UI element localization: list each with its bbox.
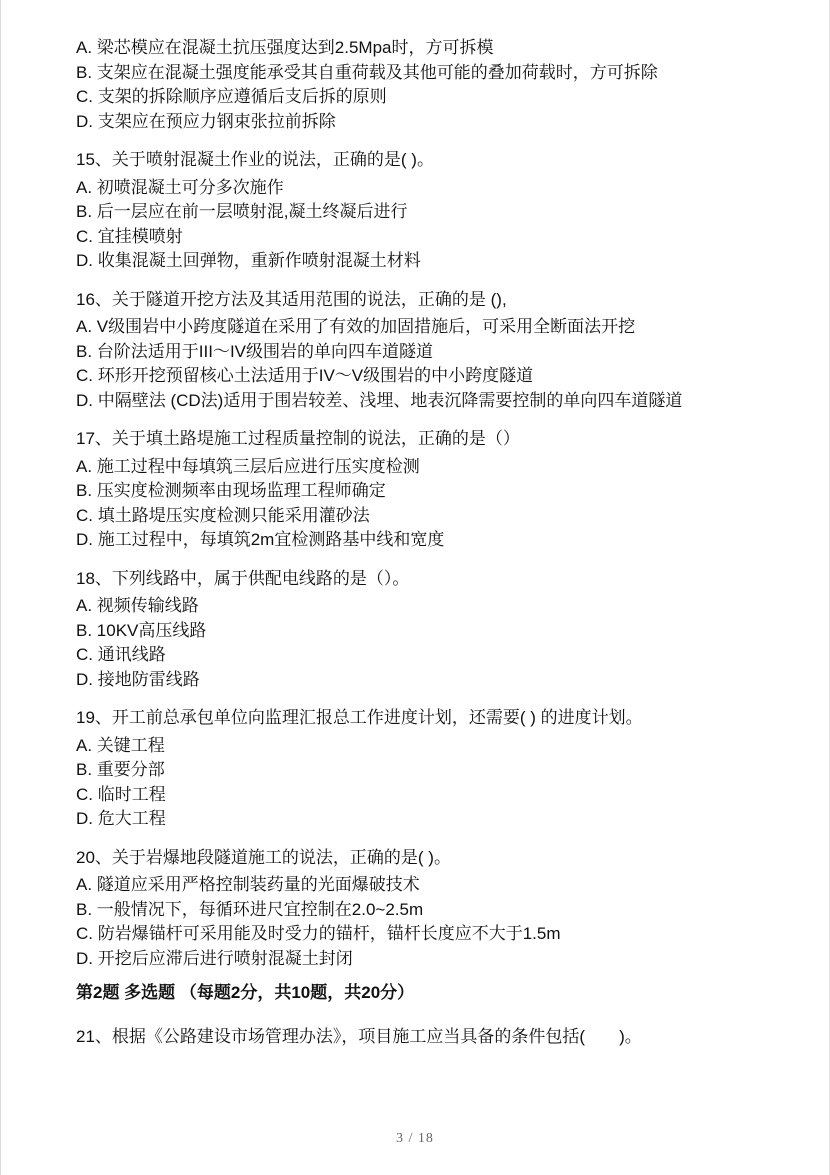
section-2-heading: 第2题 多选题 （每题2分，共10题，共20分）: [76, 981, 789, 1006]
question-option: C. 宜挂模喷射: [76, 225, 789, 250]
question-option: D. 接地防雷线路: [76, 668, 789, 693]
question-option: D. 危大工程: [76, 807, 789, 832]
page-number: 3 / 18: [1, 1131, 829, 1147]
question-19: 19、开工前总承包单位向监理汇报总工作进度计划，还需要( ) 的进度计划。 A.…: [76, 706, 789, 832]
question-option: B. 后一层应在前一层喷射混,凝土终凝后进行: [76, 200, 789, 225]
question-option: B. 台阶法适用于III～IV级围岩的单向四车道隧道: [76, 340, 789, 365]
question-option: D. 开挖后应滞后进行喷射混凝土封闭: [76, 947, 789, 972]
question-option: D. 收集混凝土回弹物，重新作喷射混凝土材料: [76, 249, 789, 274]
question-14-options-continued: A. 梁芯模应在混凝土抗压强度达到2.5Mpa时，方可拆模 B. 支架应在混凝土…: [76, 36, 789, 134]
question-option: A. 初喷混凝土可分多次施作: [76, 176, 789, 201]
question-option: B. 10KV高压线路: [76, 619, 789, 644]
question-option: B. 压实度检测频率由现场监理工程师确定: [76, 479, 789, 504]
question-stem: 16、关于隧道开挖方法及其适用范围的说法，正确的是 (),: [76, 288, 789, 313]
question-option: A. 梁芯模应在混凝土抗压强度达到2.5Mpa时，方可拆模: [76, 36, 789, 61]
exam-document-page: A. 梁芯模应在混凝土抗压强度达到2.5Mpa时，方可拆模 B. 支架应在混凝土…: [0, 0, 830, 1175]
question-option: C. 防岩爆锚杆可采用能及时受力的锚杆，锚杆长度应不大于1.5m: [76, 922, 789, 947]
question-15: 15、关于喷射混凝土作业的说法，正确的是( )。 A. 初喷混凝土可分多次施作 …: [76, 148, 789, 274]
question-16: 16、关于隧道开挖方法及其适用范围的说法，正确的是 (), A. V级围岩中小跨…: [76, 288, 789, 414]
question-option: C. 填土路堤压实度检测只能采用灌砂法: [76, 504, 789, 529]
question-option: A. 关键工程: [76, 734, 789, 759]
question-17: 17、关于填土路堤施工过程质量控制的说法，正确的是（） A. 施工过程中每填筑三…: [76, 427, 789, 553]
question-21-stem: 21、根据《公路建设市场管理办法》，项目施工应当具备的条件包括( )。: [76, 1025, 789, 1050]
question-option: B. 一般情况下，每循环进尺宜控制在2.0~2.5m: [76, 898, 789, 923]
question-18: 18、下列线路中，属于供配电线路的是（）。 A. 视频传输线路 B. 10KV高…: [76, 567, 789, 693]
question-option: C. 环形开挖预留核心土法适用于IV～V级围岩的中小跨度隧道: [76, 364, 789, 389]
exam-content: A. 梁芯模应在混凝土抗压强度达到2.5Mpa时，方可拆模 B. 支架应在混凝土…: [1, 0, 829, 1049]
question-stem: 18、下列线路中，属于供配电线路的是（）。: [76, 567, 789, 592]
question-option: B. 重要分部: [76, 758, 789, 783]
question-option: D. 施工过程中，每填筑2m宜检测路基中线和宽度: [76, 528, 789, 553]
question-option: C. 支架的拆除顺序应遵循后支后拆的原则: [76, 85, 789, 110]
question-20: 20、关于岩爆地段隧道施工的说法，正确的是( )。 A. 隧道应采用严格控制装药…: [76, 846, 789, 972]
question-option: C. 临时工程: [76, 783, 789, 808]
question-option: D. 中隔壁法 (CD法)适用于围岩较差、浅埋、地表沉降需要控制的单向四车道隧道: [76, 389, 789, 414]
question-option: A. 隧道应采用严格控制装药量的光面爆破技术: [76, 873, 789, 898]
question-stem: 17、关于填土路堤施工过程质量控制的说法，正确的是（）: [76, 427, 789, 452]
question-stem: 19、开工前总承包单位向监理汇报总工作进度计划，还需要( ) 的进度计划。: [76, 706, 789, 731]
question-stem: 15、关于喷射混凝土作业的说法，正确的是( )。: [76, 148, 789, 173]
question-option: B. 支架应在混凝土强度能承受其自重荷载及其他可能的叠加荷载时，方可拆除: [76, 61, 789, 86]
question-option: A. V级围岩中小跨度隧道在采用了有效的加固措施后，可采用全断面法开挖: [76, 315, 789, 340]
question-stem: 20、关于岩爆地段隧道施工的说法，正确的是( )。: [76, 846, 789, 871]
question-option: A. 视频传输线路: [76, 594, 789, 619]
question-option: D. 支架应在预应力钢束张拉前拆除: [76, 110, 789, 135]
question-option: A. 施工过程中每填筑三层后应进行压实度检测: [76, 455, 789, 480]
question-option: C. 通讯线路: [76, 643, 789, 668]
